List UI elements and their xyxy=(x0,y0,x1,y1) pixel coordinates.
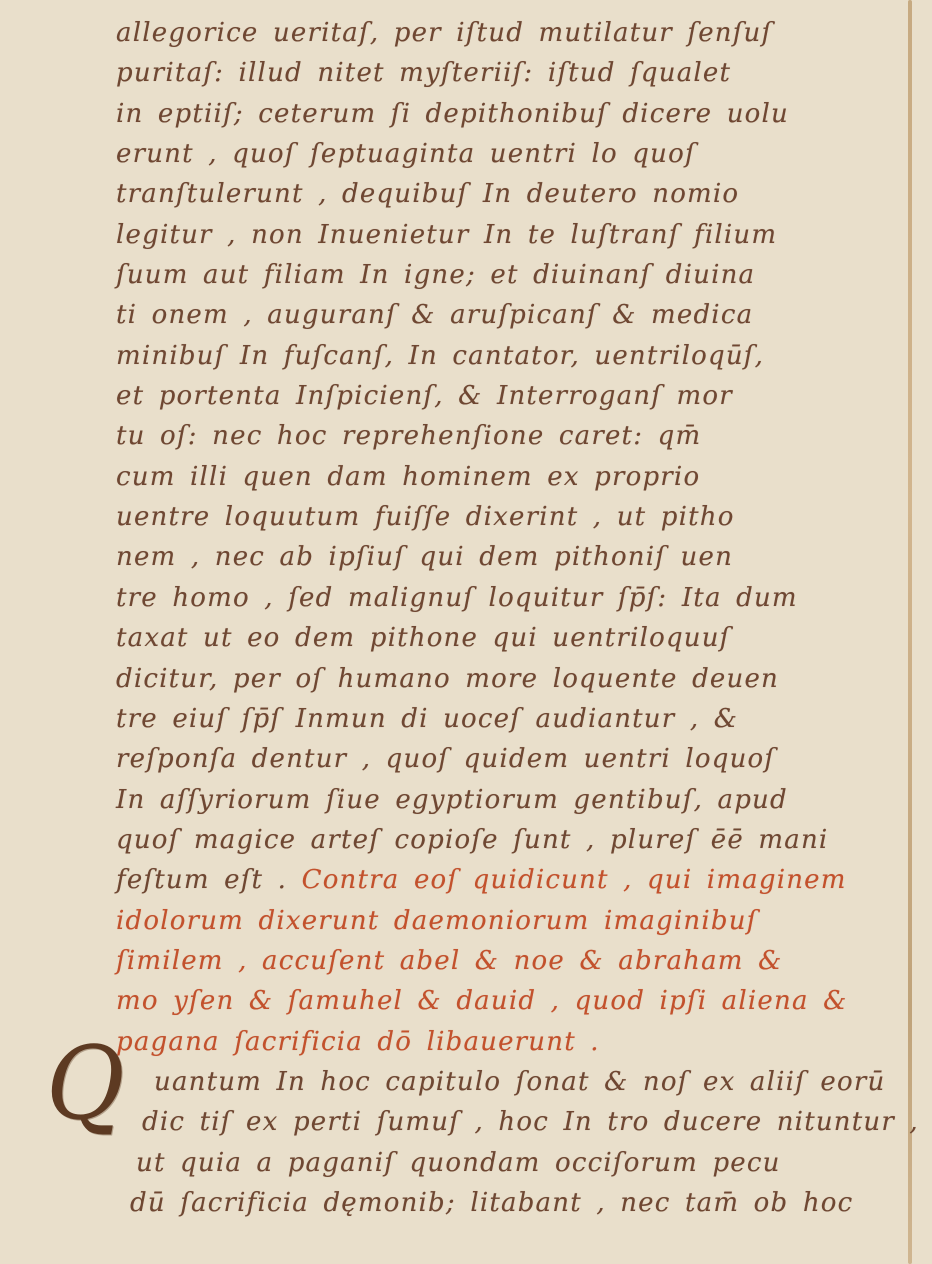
text-line: uentre loquutum fuiſſe dixerint , ut pit… xyxy=(116,497,882,537)
text-line: cum illi quen dam hominem ex proprio xyxy=(116,457,882,497)
rubric-text: mo yſen & ſamuhel & dauid , quod ipſi al… xyxy=(116,986,847,1016)
body-text: quoſ magice arteſ copioſe ſunt , plureſ … xyxy=(116,825,828,855)
text-line: pagana ſacrificia dō libauerunt . xyxy=(116,1022,882,1062)
body-text: ti onem , auguranſ & aruſpicanſ & medica xyxy=(116,300,753,330)
body-text: et portenta Inſpicienſ, & Interroganſ mo… xyxy=(116,381,733,411)
body-text: legitur , non Inuenietur In te luſtranſ … xyxy=(116,220,777,250)
body-text: erunt , quoſ ſeptuaginta uentri lo quoſ xyxy=(116,139,696,169)
text-line: feſtum eſt . Contra eoſ quidicunt , qui … xyxy=(116,860,882,900)
body-text: puritaſ: illud nitet myſteriiſ: iſtud ſq… xyxy=(116,58,731,88)
body-text: tre homo , ſed malignuſ loquitur ſp̄ſ: I… xyxy=(116,583,798,613)
body-text: uantum In hoc capitulo ſonat & noſ ex al… xyxy=(154,1067,885,1097)
body-text: minibuſ In fuſcanſ, In cantator, uentril… xyxy=(116,341,764,371)
text-line: In aſſyriorum ſiue egyptiorum gentibuſ, … xyxy=(116,780,882,820)
body-text: feſtum eſt . xyxy=(116,865,302,895)
text-line: nem , nec ab ipſiuſ qui dem pithoniſ uen xyxy=(116,537,882,577)
text-line: ſuum aut filiam In igne; et diuinanſ diu… xyxy=(116,255,882,295)
body-text: allegorice ueritaſ, per iſtud mutilatur … xyxy=(116,18,772,48)
text-block: allegorice ueritaſ, per iſtud mutilatur … xyxy=(116,13,882,1223)
body-text: dic tiſ ex perti ſumuſ , hoc In tro duce… xyxy=(142,1107,919,1137)
text-line: ut quia a paganiſ quondam occiſorum pecu xyxy=(136,1143,882,1183)
text-line: tre homo , ſed malignuſ loquitur ſp̄ſ: I… xyxy=(116,578,882,618)
text-line: idolorum dixerunt daemoniorum imaginibuſ xyxy=(116,901,882,941)
text-line: minibuſ In fuſcanſ, In cantator, uentril… xyxy=(116,336,882,376)
text-line: dū ſacrificia dęmonib; litabant , nec ta… xyxy=(130,1183,882,1223)
body-text: tre eiuſ ſp̄ſ Inmun di uoceſ audiantur ,… xyxy=(116,704,738,734)
body-text: taxat ut eo dem pithone qui uentriloquuſ xyxy=(116,623,731,653)
text-line: dicitur, per oſ humano more loquente deu… xyxy=(116,659,882,699)
drop-cap-initial: Q xyxy=(46,1034,125,1135)
text-line: legitur , non Inuenietur In te luſtranſ … xyxy=(116,215,882,255)
manuscript-page: allegorice ueritaſ, per iſtud mutilatur … xyxy=(0,0,932,1264)
body-text: in eptiiſ; ceterum ſi depithonibuſ dicer… xyxy=(116,99,789,129)
rubric-text: Contra eoſ quidicunt , qui imaginem xyxy=(302,865,847,895)
text-line: ti onem , auguranſ & aruſpicanſ & medica xyxy=(116,295,882,335)
body-text: ut quia a paganiſ quondam occiſorum pecu xyxy=(136,1148,781,1178)
body-text: dicitur, per oſ humano more loquente deu… xyxy=(116,664,779,694)
body-text: tu oſ: nec hoc reprehenſione caret: qm̄ xyxy=(116,421,701,451)
rubric-text: ſimilem , accuſent abel & noe & abraham … xyxy=(116,946,782,976)
body-text: cum illi quen dam hominem ex proprio xyxy=(116,462,700,492)
text-line: allegorice ueritaſ, per iſtud mutilatur … xyxy=(116,13,882,53)
text-line: erunt , quoſ ſeptuaginta uentri lo quoſ xyxy=(116,134,882,174)
text-line: tre eiuſ ſp̄ſ Inmun di uoceſ audiantur ,… xyxy=(116,699,882,739)
text-line: quoſ magice arteſ copioſe ſunt , plureſ … xyxy=(116,820,882,860)
body-text: In aſſyriorum ſiue egyptiorum gentibuſ, … xyxy=(116,785,788,815)
text-line: uantum In hoc capitulo ſonat & noſ ex al… xyxy=(154,1062,882,1102)
body-text: nem , nec ab ipſiuſ qui dem pithoniſ uen xyxy=(116,542,733,572)
text-line: dic tiſ ex perti ſumuſ , hoc In tro duce… xyxy=(142,1102,882,1142)
body-text: ſuum aut filiam In igne; et diuinanſ diu… xyxy=(116,260,755,290)
text-line: tranſtulerunt , dequibuſ In deutero nomi… xyxy=(116,174,882,214)
text-line: mo yſen & ſamuhel & dauid , quod ipſi al… xyxy=(116,981,882,1021)
text-line: tu oſ: nec hoc reprehenſione caret: qm̄ xyxy=(116,416,882,456)
body-text: reſponſa dentur , quoſ quidem uentri loq… xyxy=(116,744,775,774)
body-text: tranſtulerunt , dequibuſ In deutero nomi… xyxy=(116,179,739,209)
text-line: in eptiiſ; ceterum ſi depithonibuſ dicer… xyxy=(116,94,882,134)
rubric-text: pagana ſacrificia dō libauerunt . xyxy=(116,1027,600,1057)
parchment-fold-line xyxy=(908,0,912,1264)
body-text: dū ſacrificia dęmonib; litabant , nec ta… xyxy=(130,1188,853,1218)
body-text: uentre loquutum fuiſſe dixerint , ut pit… xyxy=(116,502,735,532)
text-line: taxat ut eo dem pithone qui uentriloquuſ xyxy=(116,618,882,658)
text-line: ſimilem , accuſent abel & noe & abraham … xyxy=(116,941,882,981)
rubric-text: idolorum dixerunt daemoniorum imaginibuſ xyxy=(116,906,757,936)
text-line: reſponſa dentur , quoſ quidem uentri loq… xyxy=(116,739,882,779)
text-line: et portenta Inſpicienſ, & Interroganſ mo… xyxy=(116,376,882,416)
text-line: puritaſ: illud nitet myſteriiſ: iſtud ſq… xyxy=(116,53,882,93)
